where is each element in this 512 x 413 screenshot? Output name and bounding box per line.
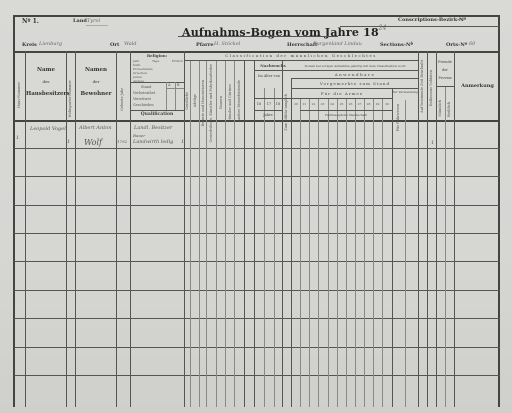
land-value: Tyrol [87,18,100,24]
army-age-cols: 20 21 22 23 24 25 26 27 28 29 30 [292,102,392,106]
classification-title-rule [184,60,418,61]
col-line [66,51,67,407]
age-16: 16 [254,102,264,106]
col-haeusler: Häusler und Gärtner [228,84,232,121]
sections-label: Sections-Nº [380,42,413,48]
conscription-label: Conscriptions-Bezirk-Nº [398,17,466,23]
form-title: Aufnahms-Bogen vom Jahre 1824 [182,21,386,40]
ort-label: Ort [110,42,119,48]
jahre-label: Jahre [254,113,282,117]
col-line [364,98,365,407]
sub-rule [291,88,418,89]
qualification-header: Qualification [130,112,184,117]
col-line [264,88,265,407]
entry-bewohner-vorname: Albert Anton [79,125,111,131]
col-line [25,51,26,407]
kreis-label: Kreis [22,42,37,48]
col-entlassene: Entlassene Soldaten [429,70,433,106]
col-line [282,60,283,407]
col-line [300,98,301,407]
sections-value: 1 [410,41,413,47]
pflichtige-header: In dem bei vorigen Aufnahme gehörig mit … [292,64,418,68]
sub-rule [300,110,392,111]
col-bauern: Bauern [219,96,223,109]
nachwuchs-age-label: Im Alter von [256,74,282,78]
col-wohnpartei: Wohnpartei-Nummer [68,80,72,117]
col-fremde-maennlich: Männlich [438,100,442,117]
title-underline [178,36,338,37]
land-underline [86,25,108,26]
col-line [206,60,207,407]
col-gewerbsleute: Gewerbsleute, Künstler und Fabriksarbeit… [209,64,213,142]
col-line [418,51,419,407]
col-name-hausbesitzer: Name des Hausbesitzers [26,64,66,100]
herrschaft-value: Burgenland Lindau [313,41,362,47]
vorgemerkte-header: Vorgemerkte zum Stand [292,81,418,86]
sub-rule [292,98,392,99]
col-line [116,51,117,407]
stand-rows: Stand Verheirathet Verwitwet Geschieden [133,84,155,108]
pfarre-label: Pfarre [196,42,214,48]
religion-rows: Jahr Tage Erblich Kath. Protestanten Gri… [133,59,183,83]
col-andere: Andere Dienstleistende [237,80,241,122]
col-fremde-weiblich: Weiblich [447,102,451,117]
stand-head-rule [166,88,184,89]
entry-haus-nr: 1 [16,135,19,141]
col-line [337,98,338,407]
fremde-header: Fremde der Provinz [436,58,454,82]
ort-value: Wald [124,41,137,47]
entry-qual-count: 1 [181,139,184,145]
stand-col-line [175,82,176,110]
land-label: Land [73,18,87,24]
col-beamte: Beamte und Honoratioren [201,80,205,126]
conscription-value: 40 [458,17,464,23]
stand-col-b: B [177,83,180,87]
col-line [382,98,383,407]
anwendbare-header: Anwendbare [292,72,418,77]
col-line [225,60,226,407]
top-right-rule [340,26,500,27]
col-line [75,51,76,407]
religion-title: Religion: [130,53,184,58]
col-line [234,60,235,407]
fuer-die-armee-header: Für die Armee [292,91,392,96]
form-number: Nº 1. [22,18,39,25]
col-line [355,98,356,407]
entry-partei-nr: 1 [67,139,70,145]
col-line [309,98,310,407]
classification-title: Classification der männlichen Geschlecht… [184,53,418,58]
col-line [216,60,217,407]
col-line [328,98,329,407]
zur-verwendung-header: Zur Verwendung [392,90,418,94]
entry-qualification-2: Bauer [133,133,145,138]
col-line [427,51,428,407]
col-line [130,51,131,407]
col-line [454,51,455,407]
entry-geburtsjahr: 1792 [117,139,127,144]
anmerkung-header: Anmerkung [455,80,500,92]
col-geistliche: Geistliche [185,92,189,110]
col-namen-bewohner: Namen der Bewohner [76,64,116,100]
col-haus-nummer: Haus-Nummer [17,82,21,108]
col-line [291,78,292,407]
col-beurlaubt: Auf bestimmte Zeit Beurlaubt [420,60,424,113]
col-line [274,88,275,407]
orts-value: 60 [469,41,475,47]
col-fuhrwesen: Für Fuhrwesen [396,104,400,131]
col-line [436,51,437,407]
col-line [244,60,245,407]
sub-rule [254,70,418,71]
entry-qualification-1: Landl. Besitzer [134,125,172,131]
nachwuchs-header: Nachwuchs [254,63,292,68]
stand-col-a: A [168,83,171,87]
entry-hausbesitzer: Leopold Vogel [30,126,66,132]
entry-qualification-3: Landwirth ledig [133,139,173,145]
age-18: 18 [274,102,282,106]
col-adelige: Adelige [193,94,197,107]
sub-rule [436,86,454,87]
sub-rule [254,110,282,111]
col-geburtsjahr: Geburts-Jahr [120,88,124,111]
col-line [346,98,347,407]
age-17: 17 [264,102,274,106]
orts-label: Orts-Nº [446,42,467,48]
ueberzaehlig-label: Fahrtsaugliche Mannschaft [300,113,392,117]
col-line [373,98,374,407]
kreis-value: Lienburg [39,41,62,47]
document-page: Nº 1. Land Tyrol Aufnahms-Bogen vom Jahr… [0,0,512,413]
col-line [445,86,446,407]
col-line [199,60,200,407]
col-militaer: Zum Militär tauglich [284,94,288,131]
stand-col-line [166,82,167,110]
pfarre-value: H. Stöckel [214,41,240,47]
entry-fremde-mark: 1 [431,140,434,146]
col-line [190,60,191,407]
col-line [318,98,319,407]
stand-bottom-rule [130,110,184,111]
sub-rule [291,78,418,79]
entry-bewohner-name: Wolf [84,138,102,147]
col-line [392,88,393,407]
col-line [405,100,406,407]
